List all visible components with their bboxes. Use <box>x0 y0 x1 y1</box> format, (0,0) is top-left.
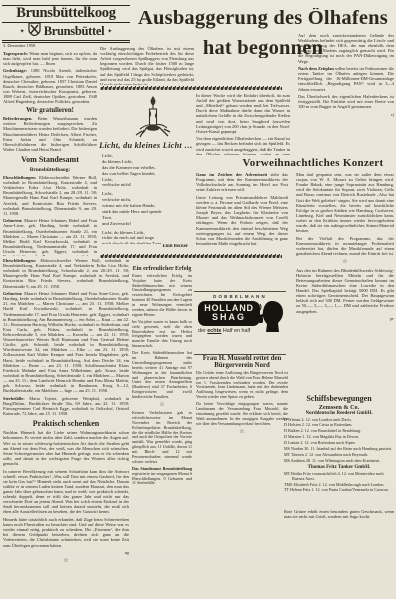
paragraph: MS Andinen 28. 11. von Wilmington nach d… <box>284 459 394 464</box>
paragraph: Auf dem noch zurückerstandenen Gelände d… <box>298 33 394 64</box>
section-title-erfolg: Ein erfreulicher Erfolg <box>132 266 192 272</box>
ad-tagline-pre: der <box>198 328 207 334</box>
erfolg-section: Ein erfreulicher Erfolg Einen erfreulich… <box>132 263 192 533</box>
gratulieren-paragraphs: Beförderungen. Beim Wasserbauamt wurden … <box>3 116 97 152</box>
paragraph: MT Bertha Fritz voraussichtlich 4. 12. v… <box>284 472 394 482</box>
section-title-praktisch-schenken: Praktisch schenken <box>3 419 129 428</box>
household-tip: Rote Grütze erhält einen besonders guten… <box>284 509 394 531</box>
lead-article-colC: Auf dem noch zurückerstandenen Gelände d… <box>298 33 394 154</box>
lead-col0-paragraphs: Die Ausbaggerung des Ölhafens ist mit ei… <box>100 46 194 85</box>
paragraph: ng <box>3 550 129 555</box>
paragraph: rf <box>298 112 394 117</box>
lead-article-col0: Die Ausbaggerung des Ölhafens ist mit ei… <box>100 46 194 85</box>
ship-movements: Schiffsbewegungen Zemssen & Co. Norddeut… <box>284 394 394 506</box>
ships-list-1: D Wienau 2. 12. von London nach Davis.D … <box>284 418 394 464</box>
ships-fleet1: Norddeutsche Reederei GmbH. <box>284 411 394 416</box>
standesamt-subtitle: Brunsbüttelkoog: <box>3 167 97 173</box>
paragraph: Nach dem Zeitplan sollen bereits im Früh… <box>298 66 394 92</box>
ornament-band-top <box>100 86 282 91</box>
headline-line1: Ausbaggerung des Ölhafens <box>132 8 394 29</box>
ships-agency: Zemssen & Co. <box>284 404 394 411</box>
paragraph: ☆ <box>132 402 192 409</box>
poem-body: Licht,du kleines Licht,das die Kammer mi… <box>102 153 190 244</box>
lead-colB-paragraphs: In dieser Woche wird die Einfahrt überho… <box>196 93 290 155</box>
praktisch-paragraphs: Nachbar Hinnerk hat die Liebe seiner Woh… <box>3 430 129 564</box>
paragraph: Geburten: Maurer Heinz Johannes Habel un… <box>3 291 129 393</box>
paragraph: Der Kreis Süderdithmarschen hat im Rahme… <box>132 351 192 399</box>
erfolg-paragraphs: Einen erfreulichen Erfolg im Vorjahre ha… <box>132 274 192 486</box>
ad-brand: DOBBELMANN <box>194 294 286 299</box>
paragraph: TT Helena Fritz 1. 12. von Punta Cardon/… <box>284 488 394 493</box>
mussehl-title-line1: Frau H. Mussehl rettet den <box>196 355 288 362</box>
paragraph: ☆ <box>3 558 129 565</box>
tagesspruch-paragraph: Tagesspruch: Wenn man beginnt, sich zu o… <box>3 51 97 66</box>
ships-list-2: MT Bertha Fritz voraussichtlich 4. 12. v… <box>284 472 394 494</box>
paragraph: Bei der Vielfalt des Programms, das der … <box>296 236 394 256</box>
column1-upper: 3. Dezember 1958 Tagesspruch: Wenn man b… <box>3 43 97 256</box>
paragraph: Die Gefahr einer Auflösung des Bürgerver… <box>196 371 288 400</box>
paragraph: ☆ <box>296 259 394 266</box>
column1-lower: Eheschließungen: Elektroschweißer Werner… <box>3 258 129 568</box>
mussehl-article: Frau H. Mussehl rettet den Bürgerverein … <box>196 352 288 454</box>
paragraph: Eheschließungen: Elektroschweißer Werner… <box>3 175 97 216</box>
gedenktage-text: 1380 Nicola Arendt, italienischer Orgelb… <box>3 68 97 104</box>
paragraph: In dieser Woche wird die Einfahrt überho… <box>196 93 290 134</box>
konzert-right-column: Man darf gespannt sein, was sie außer de… <box>296 172 394 392</box>
gedenktage-paragraph: Gedenktage: 1380 Nicola Arendt, italieni… <box>3 68 97 104</box>
vorbeugen-paragraph: Vorbeugen ist besser als heilen, entschi… <box>3 567 129 568</box>
masthead-ornament-left: ✦ <box>20 28 25 35</box>
tobacco-advertisement: DOBBELMANN HOLLAND SHAG der echte Half e… <box>194 291 286 355</box>
ad-tagline-post: Half en half <box>221 328 250 334</box>
mussehl-title-line2: Bürgerverein Nord <box>196 362 288 369</box>
section-title-gratulieren: Wir gratulieren! <box>3 107 97 114</box>
paragraph: Nachbar Hinnerk hat die Liebe seiner Woh… <box>3 430 129 466</box>
paragraph: pr <box>296 316 394 321</box>
masthead-ornament-right: ✦ <box>107 28 112 35</box>
paragraph: Geburten: Maurer Heinz Johannes Habel un… <box>3 218 97 256</box>
paragraph: Aus den im Rahmen des Blindenhilfswerks … <box>296 268 394 314</box>
section-title-standesamt: Vom Standesamt <box>3 155 97 164</box>
candle-illustration <box>134 93 172 139</box>
brunsbuettel-crest-icon <box>28 22 41 41</box>
vorbeugen-lead: Vorbeugen ist besser als heilen, <box>3 567 63 568</box>
paragraph: Das Überholwerk des eigentlichen Hafenbe… <box>298 94 394 109</box>
dateline: 3. Dezember 1958 <box>3 43 97 48</box>
paragraph: Die Ausbaggerung des Ölhafens ist mit ei… <box>100 46 194 85</box>
paragraph: Da keine Vorschläge eingegangen waren, n… <box>196 402 288 426</box>
paragraph: Man darf gespannt sein, was sie außer de… <box>296 172 394 233</box>
paragraph: Keinen Verkehrstoten gab es erfreulicher… <box>132 411 192 464</box>
paragraph: Beförderungen. Beim Wasserbauamt wurden … <box>3 116 97 152</box>
konzert-left-column: Ganz im Zeichen der Adventszeit steht da… <box>196 172 288 288</box>
paragraph: ☆ <box>196 429 288 436</box>
masthead-row2: ✦ Brunsbüttel ✦ <box>2 23 130 40</box>
masthead: Brunsbüttelkoog ✦ Brunsbüttel ✦ <box>2 5 130 43</box>
masthead-title-stadt: Brunsbüttel <box>44 24 105 39</box>
mussehl-paragraphs: Die Gefahr einer Auflösung des Bürgerver… <box>196 371 288 436</box>
tip-text: Rote Grütze erhält einen besonders guten… <box>284 509 394 519</box>
ad-product-box: HOLLAND SHAG <box>198 301 260 326</box>
ships-fleet2: Thomas Fritz Tanker GmbH. <box>284 465 394 470</box>
lead-article-colB: In dieser Woche wird die Einfahrt überho… <box>196 93 290 155</box>
standesamt-paragraphs: Eheschließungen: Elektroschweißer Werner… <box>3 175 97 256</box>
paragraph: Unter Leitung von Privatmusiklehrer Mahl… <box>196 195 288 246</box>
ad-product-line2: SHAG <box>198 313 260 322</box>
newspaper-page: Brunsbüttelkoog ✦ Brunsbüttel ✦ Ausbagge… <box>0 0 396 599</box>
paragraph: Ganz im Zeichen der Adventszeit steht da… <box>196 172 288 192</box>
paragraph: Im Vorjahre waren es kaum halb so viele … <box>132 320 192 349</box>
paragraph: Vor dem eigentlichen Ölhafenbecken — ein… <box>196 136 290 155</box>
pipe-smoker-silhouette <box>258 300 284 339</box>
masthead-title-koog: Brunsbüttelkoog <box>2 5 130 23</box>
paragraph: Einen erfreulichen Erfolg im Vorjahre ha… <box>132 274 192 317</box>
poem-title: Licht, du kleines Licht … <box>96 141 196 150</box>
standesamt-continued: Eheschließungen: Elektroschweißer Werner… <box>3 258 129 416</box>
poem-author: Emil Becker <box>102 244 188 249</box>
ad-tagline-em: echte <box>207 328 221 334</box>
paragraph: Das Standesamt Brunsbüttelkoog registrie… <box>132 467 192 486</box>
paragraph: Hinnerk hätte tatsächlich auch erkundet,… <box>3 517 129 548</box>
paragraph: Sterbefälle: Marta Tojetzi, geborene Wes… <box>3 396 129 416</box>
ships-title: Schiffsbewegungen <box>284 394 394 403</box>
paragraph: Eheschließungen: Elektroschweißer Werner… <box>3 258 129 289</box>
section-title-konzert: Vorweihnachtliches Konzert <box>234 157 392 169</box>
paragraph: In unserer Bevölkerung mit seinem Scharf… <box>3 469 129 515</box>
